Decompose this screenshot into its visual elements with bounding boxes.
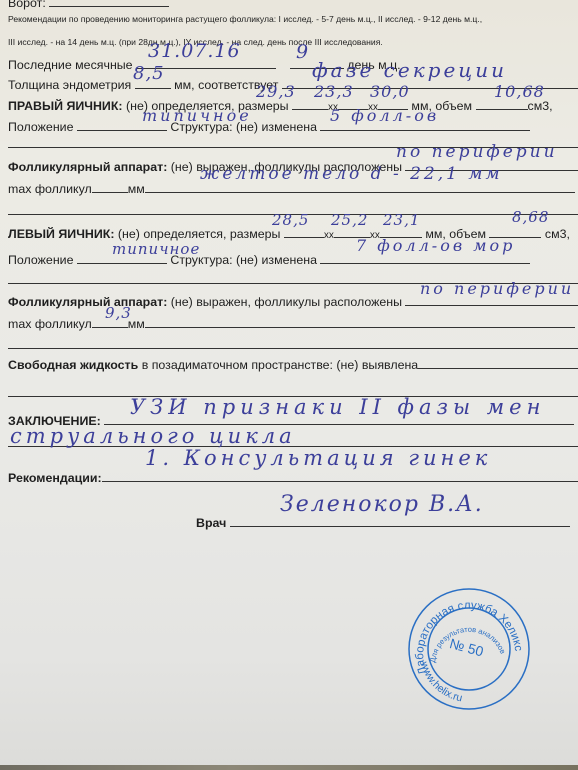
recommendations-line xyxy=(102,469,578,482)
left-position-value: типичное xyxy=(112,240,200,258)
xx-label: хх xyxy=(324,230,334,241)
right-size3: 30,0 xyxy=(370,82,410,101)
left-size2: 25,2 xyxy=(331,211,368,229)
left-volume: 8,68 xyxy=(512,208,549,226)
recommendations-row: Рекомендации: xyxy=(8,469,578,485)
recommendation-line-2: III исслед. - на 14 день м.ц. (при 28дн.… xyxy=(8,37,578,47)
top-blank-line xyxy=(49,0,169,7)
right-max-follicle-label: max фолликул xyxy=(8,182,92,196)
right-size1: 29,3 xyxy=(256,82,296,101)
free-fluid-label: Свободная жидкость xyxy=(8,358,138,372)
left-ovary-label: ЛЕВЫЙ ЯИЧНИК: xyxy=(8,227,114,241)
right-max-follicle-note: желтое тело d - 22,1 мм xyxy=(200,164,503,184)
left-follicular-text: (не) выражен, фолликулы расположены xyxy=(171,295,402,309)
top-label: Ворот: xyxy=(8,0,46,10)
recommendation-line-1: Рекомендации по проведению мониторинга р… xyxy=(8,14,578,24)
doctor-label: Врач xyxy=(196,516,226,530)
left-max-follicle-note-line xyxy=(145,315,575,328)
blank-line xyxy=(8,348,578,349)
cycle-day-value: 9 xyxy=(296,41,309,63)
right-volume: 10,68 xyxy=(494,82,545,101)
doctor-signature: Зеленокор В.А. xyxy=(280,492,484,517)
left-position-label: Положение xyxy=(8,253,73,267)
right-max-follicle-unit: мм xyxy=(128,182,145,196)
stamp-website: www.helix.ru xyxy=(418,659,464,704)
ultrasound-report-page: Ворот: Рекомендации по проведению монито… xyxy=(0,0,578,770)
left-max-follicle-label: max фолликул xyxy=(8,317,92,331)
right-follicular-label: Фолликулярный аппарат: xyxy=(8,160,167,174)
right-max-follicle-line xyxy=(92,180,128,193)
endometrium-label: Толщина эндометрия xyxy=(8,78,131,92)
conclusion-line2: струального цикла xyxy=(10,424,296,448)
stamp-number: № 50 xyxy=(448,635,486,659)
left-structure-value: 7 фолл-ов мор xyxy=(356,236,515,255)
left-max-follicle-row: max фолликулмм xyxy=(8,315,578,331)
free-fluid-row: Свободная жидкость в позадиматочном прос… xyxy=(8,356,578,372)
last-period-label: Последние месячные xyxy=(8,58,133,72)
right-follicular-value: по периферии xyxy=(396,142,558,162)
free-fluid-text: в позадиматочном пространстве: (не) выяв… xyxy=(142,358,419,372)
left-size3: 23,1 xyxy=(383,211,420,229)
right-position-label: Положение xyxy=(8,120,73,134)
endometrium-value: 8,5 xyxy=(133,63,165,84)
left-size1: 28,5 xyxy=(272,211,309,229)
right-structure-value: 5 фолл-ов xyxy=(330,106,439,125)
right-position-value: типичное xyxy=(142,106,252,125)
right-volume-unit: см3, xyxy=(528,99,553,113)
endometrium-corresponds-value: фазе секреции xyxy=(312,58,507,82)
lab-stamp: Лабораторная служба Хеликс Для результат… xyxy=(405,585,533,713)
left-follicular-value: по периферии xyxy=(420,279,574,298)
left-max-follicle-value: 9,3 xyxy=(105,304,132,322)
recommendations-value: 1. Консультация гинек xyxy=(145,446,491,470)
table-edge xyxy=(0,765,578,770)
left-volume-unit: см3, xyxy=(545,227,570,241)
right-size2: 23,3 xyxy=(314,82,354,101)
right-ovary-label: ПРАВЫЙ ЯИЧНИК: xyxy=(8,99,123,113)
left-ovary-text: (не) определяется, размеры xyxy=(118,227,281,241)
top-label-row: Ворот: xyxy=(8,0,578,10)
conclusion-line1: УЗИ признаки II фазы мен xyxy=(130,395,545,419)
right-position-row: Положение Структура: (не) изменена xyxy=(8,118,578,134)
free-fluid-line xyxy=(418,356,578,369)
last-period-value: 31.07.16 xyxy=(148,40,241,62)
left-follicular-label: Фолликулярный аппарат: xyxy=(8,295,167,309)
recommendations-label: Рекомендации: xyxy=(8,471,102,485)
